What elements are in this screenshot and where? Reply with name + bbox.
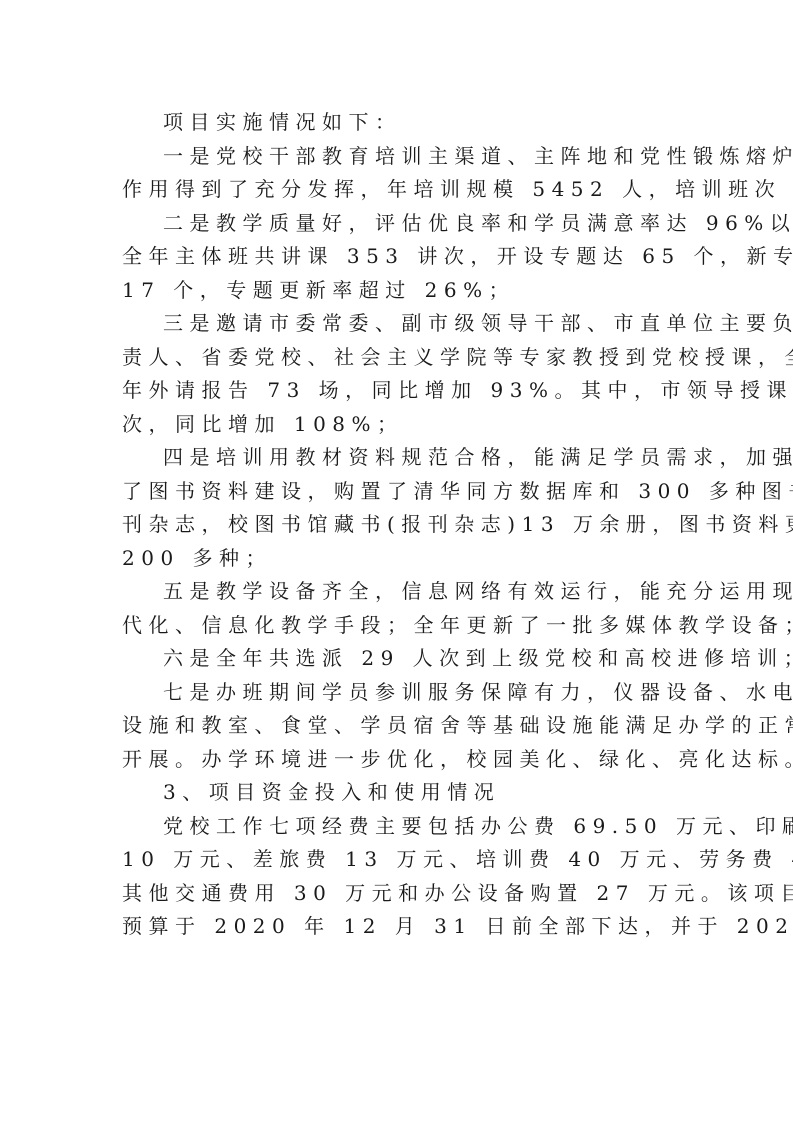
text-line: 六是全年共选派 29 人次到上级党校和高校进修培训； <box>122 642 678 676</box>
text-line: 刊杂志，校图书馆藏书(报刊杂志)13 万余册，图书资料更新 <box>122 508 678 542</box>
text-line: 一是党校干部教育培训主渠道、主阵地和党性锻炼熔炉 <box>122 140 678 174</box>
section-heading: 3、项目资金投入和使用情况 <box>122 776 678 810</box>
text-line: 代化、信息化教学手段；全年更新了一批多媒体教学设备； <box>122 609 678 643</box>
text-line: 二是教学质量好，评估优良率和学员满意率达 96%以上， <box>122 207 678 241</box>
text-line: 10 万元、差旅费 13 万元、培训费 40 万元、劳务费 40 万元、 <box>122 843 678 877</box>
text-line: 五是教学设备齐全，信息网络有效运行，能充分运用现 <box>122 575 678 609</box>
text-line: 三是邀请市委常委、副市级领导干部、市直单位主要负 <box>122 307 678 341</box>
text-line: 预算于 2020 年 12 月 31 日前全部下达，并于 2020 年 12 月 <box>122 910 678 944</box>
text-line: 其他交通费用 30 万元和办公设备购置 27 万元。该项目资金 <box>122 877 678 911</box>
text-line: 作用得到了充分发挥，年培训规模 5452 人，培训班次 50 期； <box>122 173 678 207</box>
text-line: 开展。办学环境进一步优化，校园美化、绿化、亮化达标。 <box>122 743 678 777</box>
text-line: 党校工作七项经费主要包括办公费 69.50 万元、印刷费 <box>122 810 678 844</box>
text-line: 次，同比增加 108%； <box>122 408 678 442</box>
text-line: 全年主体班共讲课 353 讲次，开设专题达 65 个，新专题达 <box>122 240 678 274</box>
text-line: 项目实施情况如下： <box>122 106 678 140</box>
text-line: 设施和教室、食堂、学员宿舍等基础设施能满足办学的正常 <box>122 709 678 743</box>
text-line: 年外请报告 73 场，同比增加 93%。其中，市领导授课 25 人 <box>122 374 678 408</box>
text-line: 责人、省委党校、社会主义学院等专家教授到党校授课，全 <box>122 341 678 375</box>
text-line: 17 个，专题更新率超过 26%； <box>122 274 678 308</box>
text-line: 200 多种； <box>122 542 678 576</box>
text-line: 了图书资料建设，购置了清华同方数据库和 300 多种图书报 <box>122 475 678 509</box>
document-page: 项目实施情况如下： 一是党校干部教育培训主渠道、主阵地和党性锻炼熔炉 作用得到了… <box>122 106 678 944</box>
text-line: 七是办班期间学员参训服务保障有力，仪器设备、水电 <box>122 676 678 710</box>
text-line: 四是培训用教材资料规范合格，能满足学员需求，加强 <box>122 441 678 475</box>
